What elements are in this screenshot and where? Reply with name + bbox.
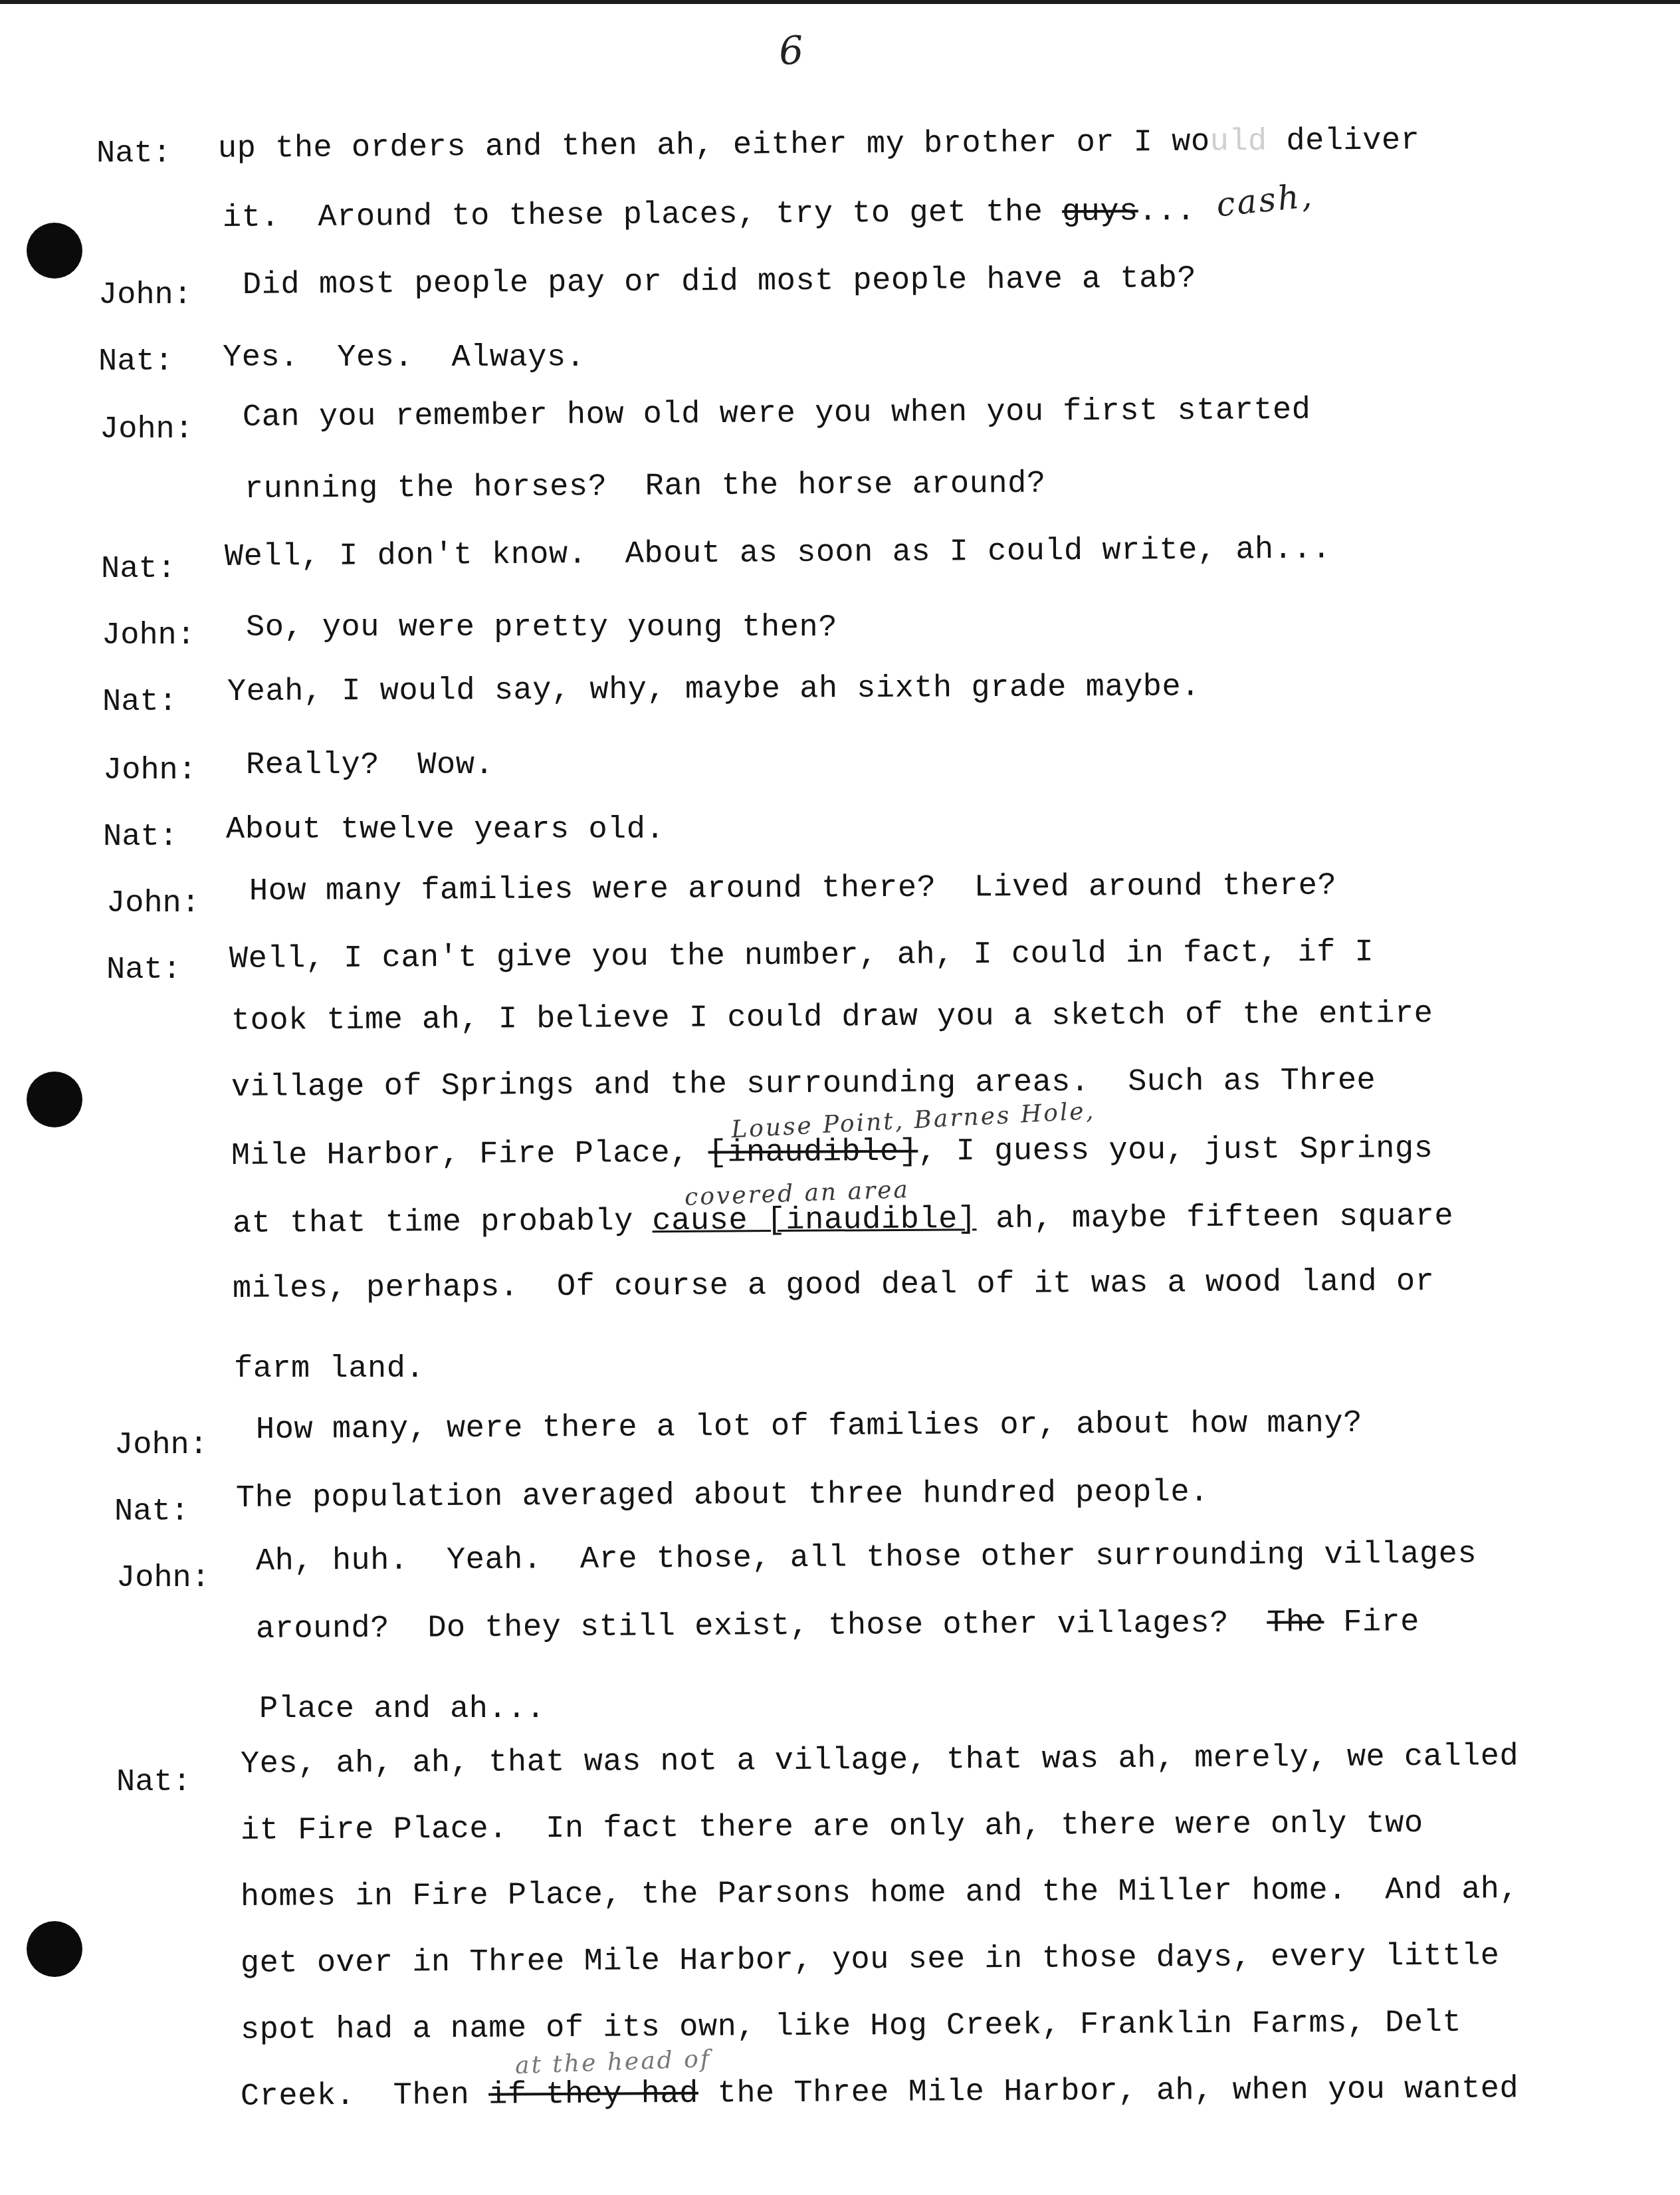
speaker-label: Nat: — [116, 1765, 191, 1800]
speaker-label: John: — [102, 618, 195, 653]
struck-text: if they had — [488, 2077, 698, 2113]
transcript-line: get over in Three Mile Harbor, you see i… — [241, 1938, 1500, 1982]
binder-hole — [27, 1072, 82, 1127]
speaker-label: Nat: — [103, 820, 178, 855]
binder-hole — [27, 223, 82, 279]
transcript-line: Place and ah... — [259, 1692, 546, 1727]
speaker-label: John: — [106, 886, 200, 921]
speaker-label: John: — [103, 753, 197, 788]
transcript-line: farm land. — [234, 1351, 425, 1387]
speaker-label: Nat: — [114, 1494, 189, 1530]
speaker-label: Nat: — [98, 344, 173, 380]
transcript-line: Creek. Then if they had the Three Mile H… — [241, 2071, 1519, 2115]
page-number: 6 — [778, 27, 805, 74]
speaker-label: Nat: — [96, 136, 171, 172]
transcript-line: Well, I can't give you the number, ah, I… — [229, 935, 1374, 977]
speaker-label: John: — [114, 1428, 208, 1463]
transcript-line: Can you remember how old were you when y… — [243, 393, 1311, 435]
transcript-line: Ah, huh. Yeah. Are those, all those othe… — [256, 1537, 1477, 1579]
transcript-line: How many, were there a lot of families o… — [256, 1406, 1362, 1448]
transcript-line: it. Around to these places, try to get t… — [223, 194, 1196, 236]
speaker-label: John: — [116, 1561, 210, 1596]
transcript-line: Really? Wow. — [246, 748, 494, 783]
transcript-line: Well, I don't know. About as soon as I c… — [225, 532, 1331, 575]
transcript-line: The population averaged about three hund… — [236, 1475, 1209, 1516]
transcript-line: miles, perhaps. Of course a good deal of… — [233, 1264, 1435, 1307]
transcript-line: village of Springs and the surrounding a… — [231, 1063, 1376, 1105]
transcript-line: Yes, ah, ah, that was not a village, tha… — [241, 1739, 1519, 1782]
struck-text: guys — [1062, 194, 1138, 230]
transcript-line: Yeah, I would say, why, maybe ah sixth g… — [227, 669, 1200, 710]
transcript-line: Did most people pay or did most people h… — [243, 261, 1197, 303]
speaker-label: Nat: — [101, 552, 176, 587]
struck-text: [inaudible] — [708, 1135, 918, 1171]
speaker-label: Nat: — [106, 953, 181, 988]
handwritten-correction: cash, — [1214, 175, 1315, 224]
speaker-label: John: — [100, 412, 193, 447]
transcript-line: took time ah, I believe I could draw you… — [231, 996, 1433, 1039]
scan-top-edge — [0, 0, 1680, 4]
transcript-line: homes in Fire Place, the Parsons home an… — [241, 1872, 1519, 1915]
transcript-line: running the horses? Ran the horse around… — [245, 467, 1046, 507]
transcript-line: Mile Harbor, Fire Place, [inaudible], I … — [231, 1131, 1433, 1174]
transcript-line: around? Do they still exist, those other… — [256, 1605, 1419, 1647]
transcript-line: at that time probably cause [inaudible] … — [233, 1199, 1453, 1242]
speaker-label: Nat: — [102, 685, 177, 720]
transcript-line: it Fire Place. In fact there are only ah… — [241, 1806, 1423, 1849]
struck-text: The — [1267, 1605, 1324, 1641]
transcript-line: So, you were pretty young then? — [246, 610, 837, 645]
struck-text: cause [inaudible] — [652, 1202, 976, 1239]
binder-hole — [27, 1921, 82, 1977]
transcript-line: Yes. Yes. Always. — [223, 340, 585, 376]
transcript-line: spot had a name of its own, like Hog Cre… — [241, 2006, 1461, 2048]
speaker-label: John: — [98, 278, 192, 313]
transcript-line: How many families were around there? Liv… — [249, 868, 1336, 909]
transcript-line: About twelve years old. — [226, 812, 665, 848]
handwritten-correction: at the head of — [514, 2045, 711, 2079]
transcript-line: up the orders and then ah, either my bro… — [218, 123, 1420, 167]
